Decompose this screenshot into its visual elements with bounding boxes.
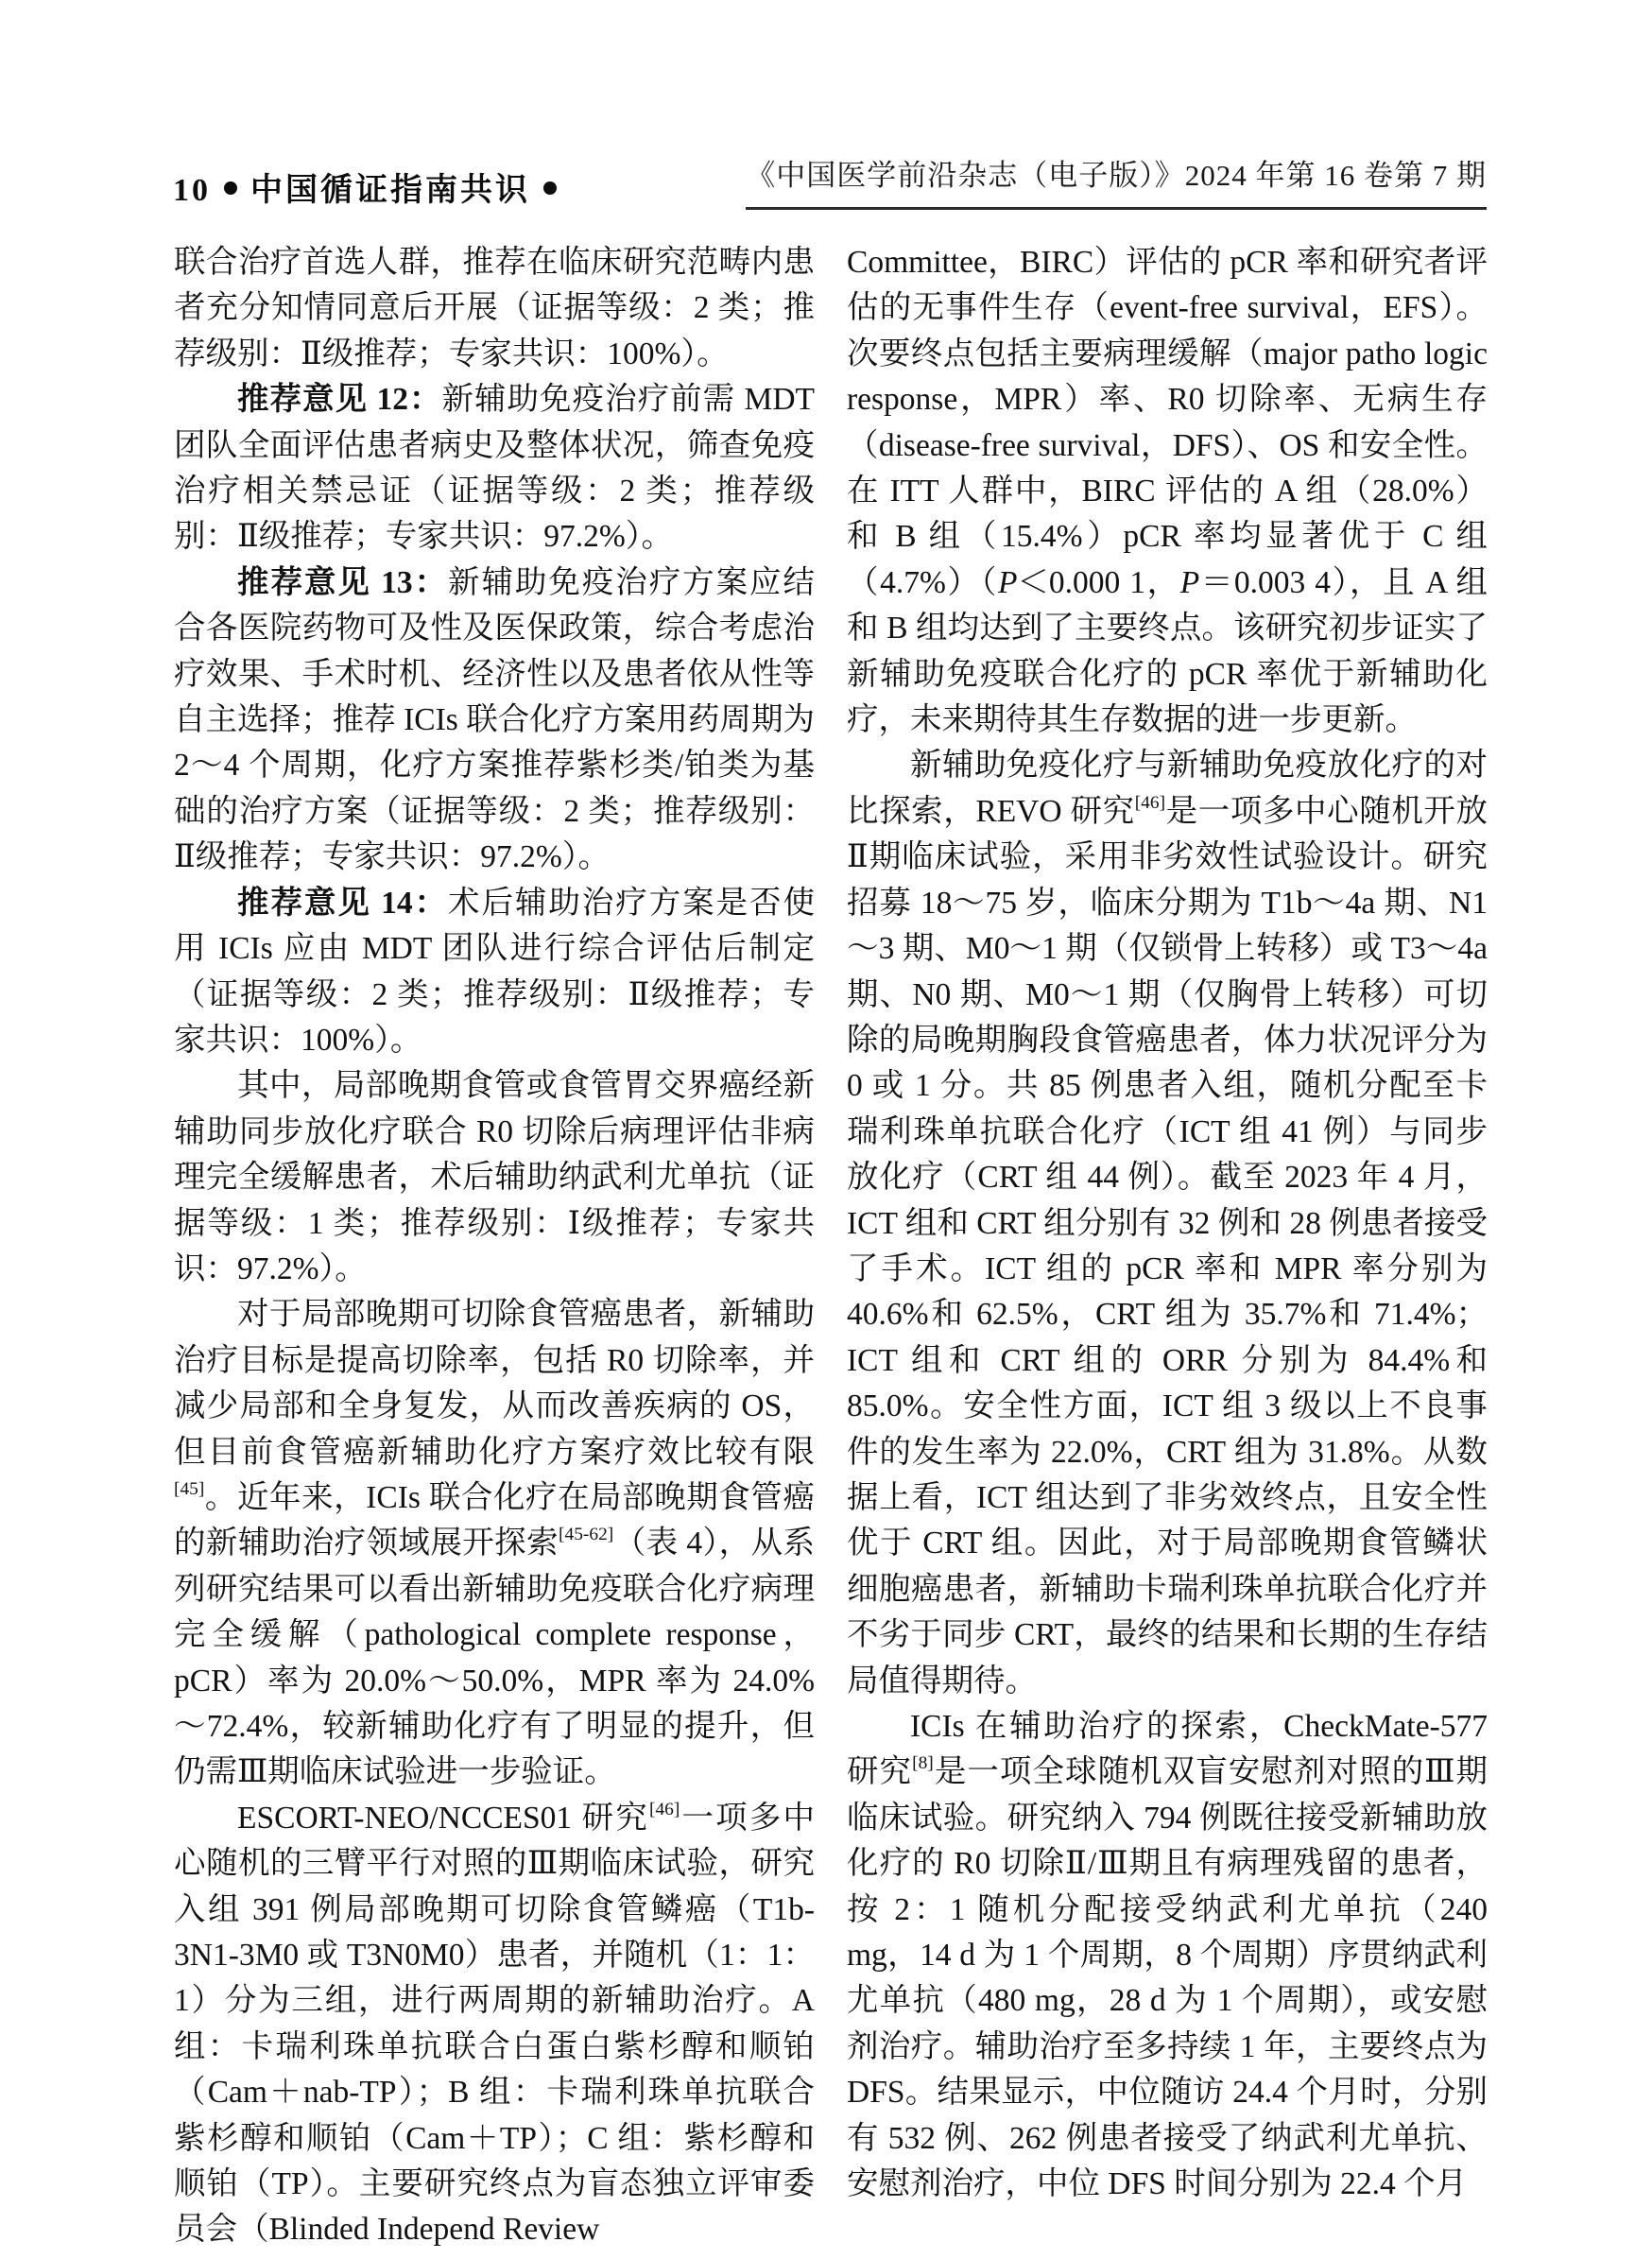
text-run: 新辅助免疫治疗方案应结合各医院药物可及性及医保政策，综合考虑治疗效果、手术时机、… bbox=[174, 565, 815, 874]
paragraph: Committee，BIRC）评估的 pCR 率和研究者评估的无事件生存（eve… bbox=[847, 240, 1488, 743]
text-run: 对于局部晚期可切除食管癌患者，新辅助治疗目标是提高切除率，包括 R0 切除率，并… bbox=[174, 1297, 815, 1469]
text-run: 其中，局部晚期食管或食管胃交界癌经新辅助同步放化疗联合 R0 切除后病理评估非病… bbox=[174, 1068, 815, 1286]
section-title: 中国循证指南共识 bbox=[250, 173, 530, 208]
running-head: 10中国循证指南共识 《中国医学前沿杂志（电子版）》2024 年第 16 卷第 … bbox=[173, 151, 1487, 210]
text-column-left: 联合治疗首选人群，推荐在临床研究范畴内患者充分知情同意后开展（证据等级：2 类；… bbox=[174, 240, 815, 2253]
paragraph: 联合治疗首选人群，推荐在临床研究范畴内患者充分知情同意后开展（证据等级：2 类；… bbox=[174, 240, 815, 377]
journal-issue: 《中国医学前沿杂志（电子版）》2024 年第 16 卷第 7 期 bbox=[746, 151, 1487, 210]
reference-superscript: [46] bbox=[1135, 793, 1165, 813]
page-number: 10 bbox=[173, 173, 211, 208]
bold-run: 推荐意见 13： bbox=[237, 565, 448, 600]
reference-superscript: [46] bbox=[649, 1800, 680, 1819]
bold-run: 推荐意见 14： bbox=[237, 886, 448, 921]
bold-run: 推荐意见 12： bbox=[237, 382, 442, 417]
bullet-icon bbox=[224, 181, 237, 195]
text-run: 一项多中心随机的三臂平行对照的Ⅲ期临床试验，研究入组 391 例局部晚期可切除食… bbox=[174, 1801, 815, 2248]
paragraph: 新辅助免疫化疗与新辅助免疫放化疗的对比探索，REVO 研究[46]是一项多中心随… bbox=[847, 743, 1488, 1704]
paragraph: 推荐意见 13：新辅助免疫治疗方案应结合各医院药物可及性及医保政策，综合考虑治疗… bbox=[174, 560, 815, 881]
paragraph: ESCORT-NEO/NCCES01 研究[46]一项多中心随机的三臂平行对照的… bbox=[174, 1796, 815, 2253]
journal-page: 10中国循证指南共识 《中国医学前沿杂志（电子版）》2024 年第 16 卷第 … bbox=[0, 0, 1652, 2259]
paragraph: 对于局部晚期可切除食管癌患者，新辅助治疗目标是提高切除率，包括 R0 切除率，并… bbox=[174, 1292, 815, 1795]
text-run: ESCORT-NEO/NCCES01 研究 bbox=[237, 1801, 649, 1836]
reference-superscript: [45] bbox=[174, 1479, 204, 1499]
text-run: 联合治疗首选人群，推荐在临床研究范畴内患者充分知情同意后开展（证据等级：2 类；… bbox=[174, 245, 815, 371]
text-column-right: Committee，BIRC）评估的 pCR 率和研究者评估的无事件生存（eve… bbox=[847, 240, 1488, 2207]
text-run: 是一项全球随机双盲安慰剂对照的Ⅲ期临床试验。研究纳入 794 例既往接受新辅助放… bbox=[847, 1754, 1488, 2201]
reference-superscript: [8] bbox=[912, 1753, 934, 1773]
paragraph: 推荐意见 14：术后辅助治疗方案是否使用 ICIs 应由 MDT 团队进行综合评… bbox=[174, 881, 815, 1064]
paragraph: 其中，局部晚期食管或食管胃交界癌经新辅助同步放化疗联合 R0 切除后病理评估非病… bbox=[174, 1063, 815, 1292]
running-head-left: 10中国循证指南共识 bbox=[173, 164, 570, 210]
italic-run: P bbox=[998, 565, 1017, 600]
paragraph: 推荐意见 12：新辅助免疫治疗前需 MDT 团队全面评估患者病史及整体状况，筛查… bbox=[174, 377, 815, 560]
bullet-icon bbox=[543, 181, 557, 195]
text-run: 是一项多中心随机开放Ⅱ期临床试验，采用非劣效性试验设计。研究招募 18～75 岁… bbox=[847, 794, 1488, 1699]
text-run: Committee，BIRC）评估的 pCR 率和研究者评估的无事件生存（eve… bbox=[847, 245, 1488, 600]
text-run: ＜0.000 1， bbox=[1017, 565, 1179, 600]
text-run: （表 4），从系列研究结果可以看出新辅助免疫联合化疗病理完全缓解（patholo… bbox=[174, 1526, 815, 1789]
paragraph: ICIs 在辅助治疗的探索，CheckMate-577 研究[8]是一项全球随机… bbox=[847, 1704, 1488, 2207]
italic-run: P bbox=[1180, 565, 1199, 600]
reference-superscript: [45-62] bbox=[559, 1525, 613, 1544]
